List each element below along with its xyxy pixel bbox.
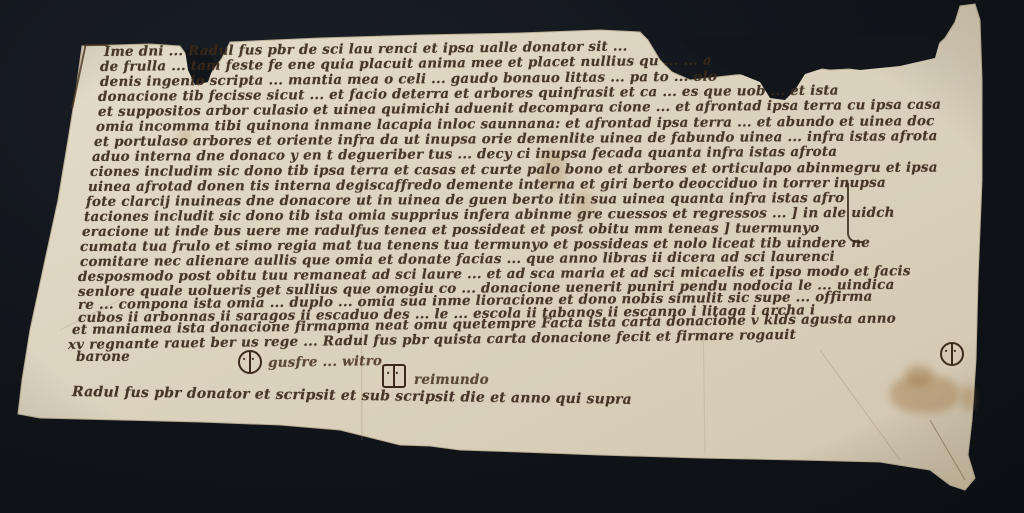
water-stain (962, 385, 974, 411)
parchment-shape-icon (0, 0, 1024, 513)
water-stain (178, 130, 192, 144)
water-stain (575, 190, 593, 220)
water-stain (540, 150, 566, 190)
water-stain (905, 365, 933, 387)
parchment-sheet (0, 0, 1024, 513)
